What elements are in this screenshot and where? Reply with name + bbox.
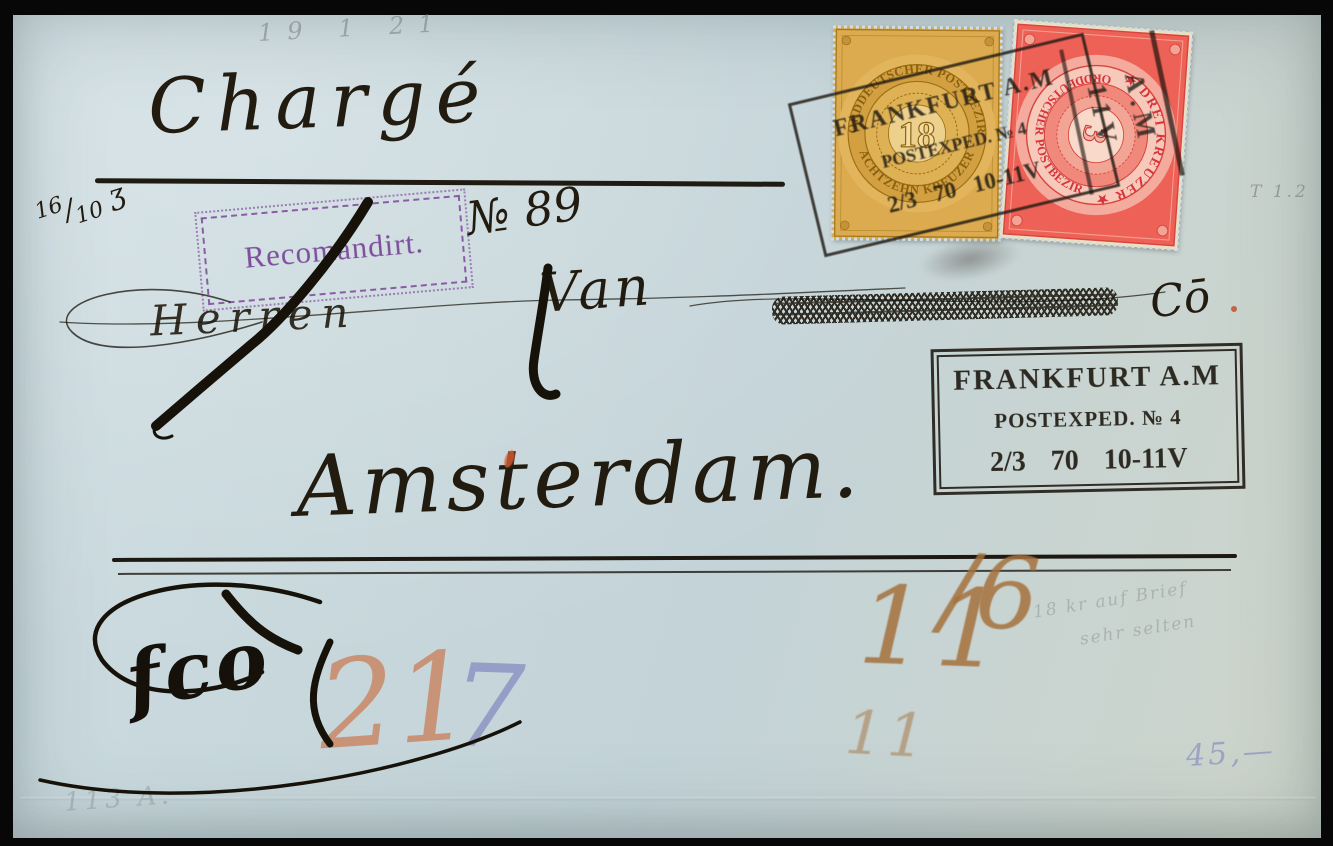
- cover-photo: 19 1 21 Chargé 16/10 ʒ № 89 Recomandirt.…: [0, 0, 1333, 846]
- frankfurt-postmark: FRANKFURT A.M POSTEXPED. № 4 2/3 70 10-1…: [931, 343, 1246, 496]
- fold-line: [20, 797, 1315, 800]
- addressee-name-start: Van: [538, 254, 655, 325]
- rate-mark-brown-slash6: /6: [938, 531, 1043, 655]
- frankfurt-postmark-inner-frame: [937, 349, 1240, 489]
- cancel-fragment-line1: A.M: [1118, 70, 1163, 148]
- crayon-number-blue: 7: [450, 639, 527, 774]
- addressee-salutation: Herren: [149, 287, 358, 345]
- price-pencil-note: 45,—: [1185, 733, 1277, 774]
- charge-inscription: Chargé: [147, 50, 492, 151]
- destination-city: Amsterdam.: [294, 418, 864, 536]
- cancel-fragment-line2: 11V: [1080, 81, 1124, 152]
- orange-dot: [1231, 306, 1237, 312]
- addressee-name-end: Cō: [1147, 271, 1213, 329]
- rate-mark-brown-11-faint: 11: [843, 698, 931, 772]
- recomandirt-label: Recomandirt.: [243, 224, 425, 276]
- catalog-pencil-note: T 1.2: [1250, 182, 1309, 202]
